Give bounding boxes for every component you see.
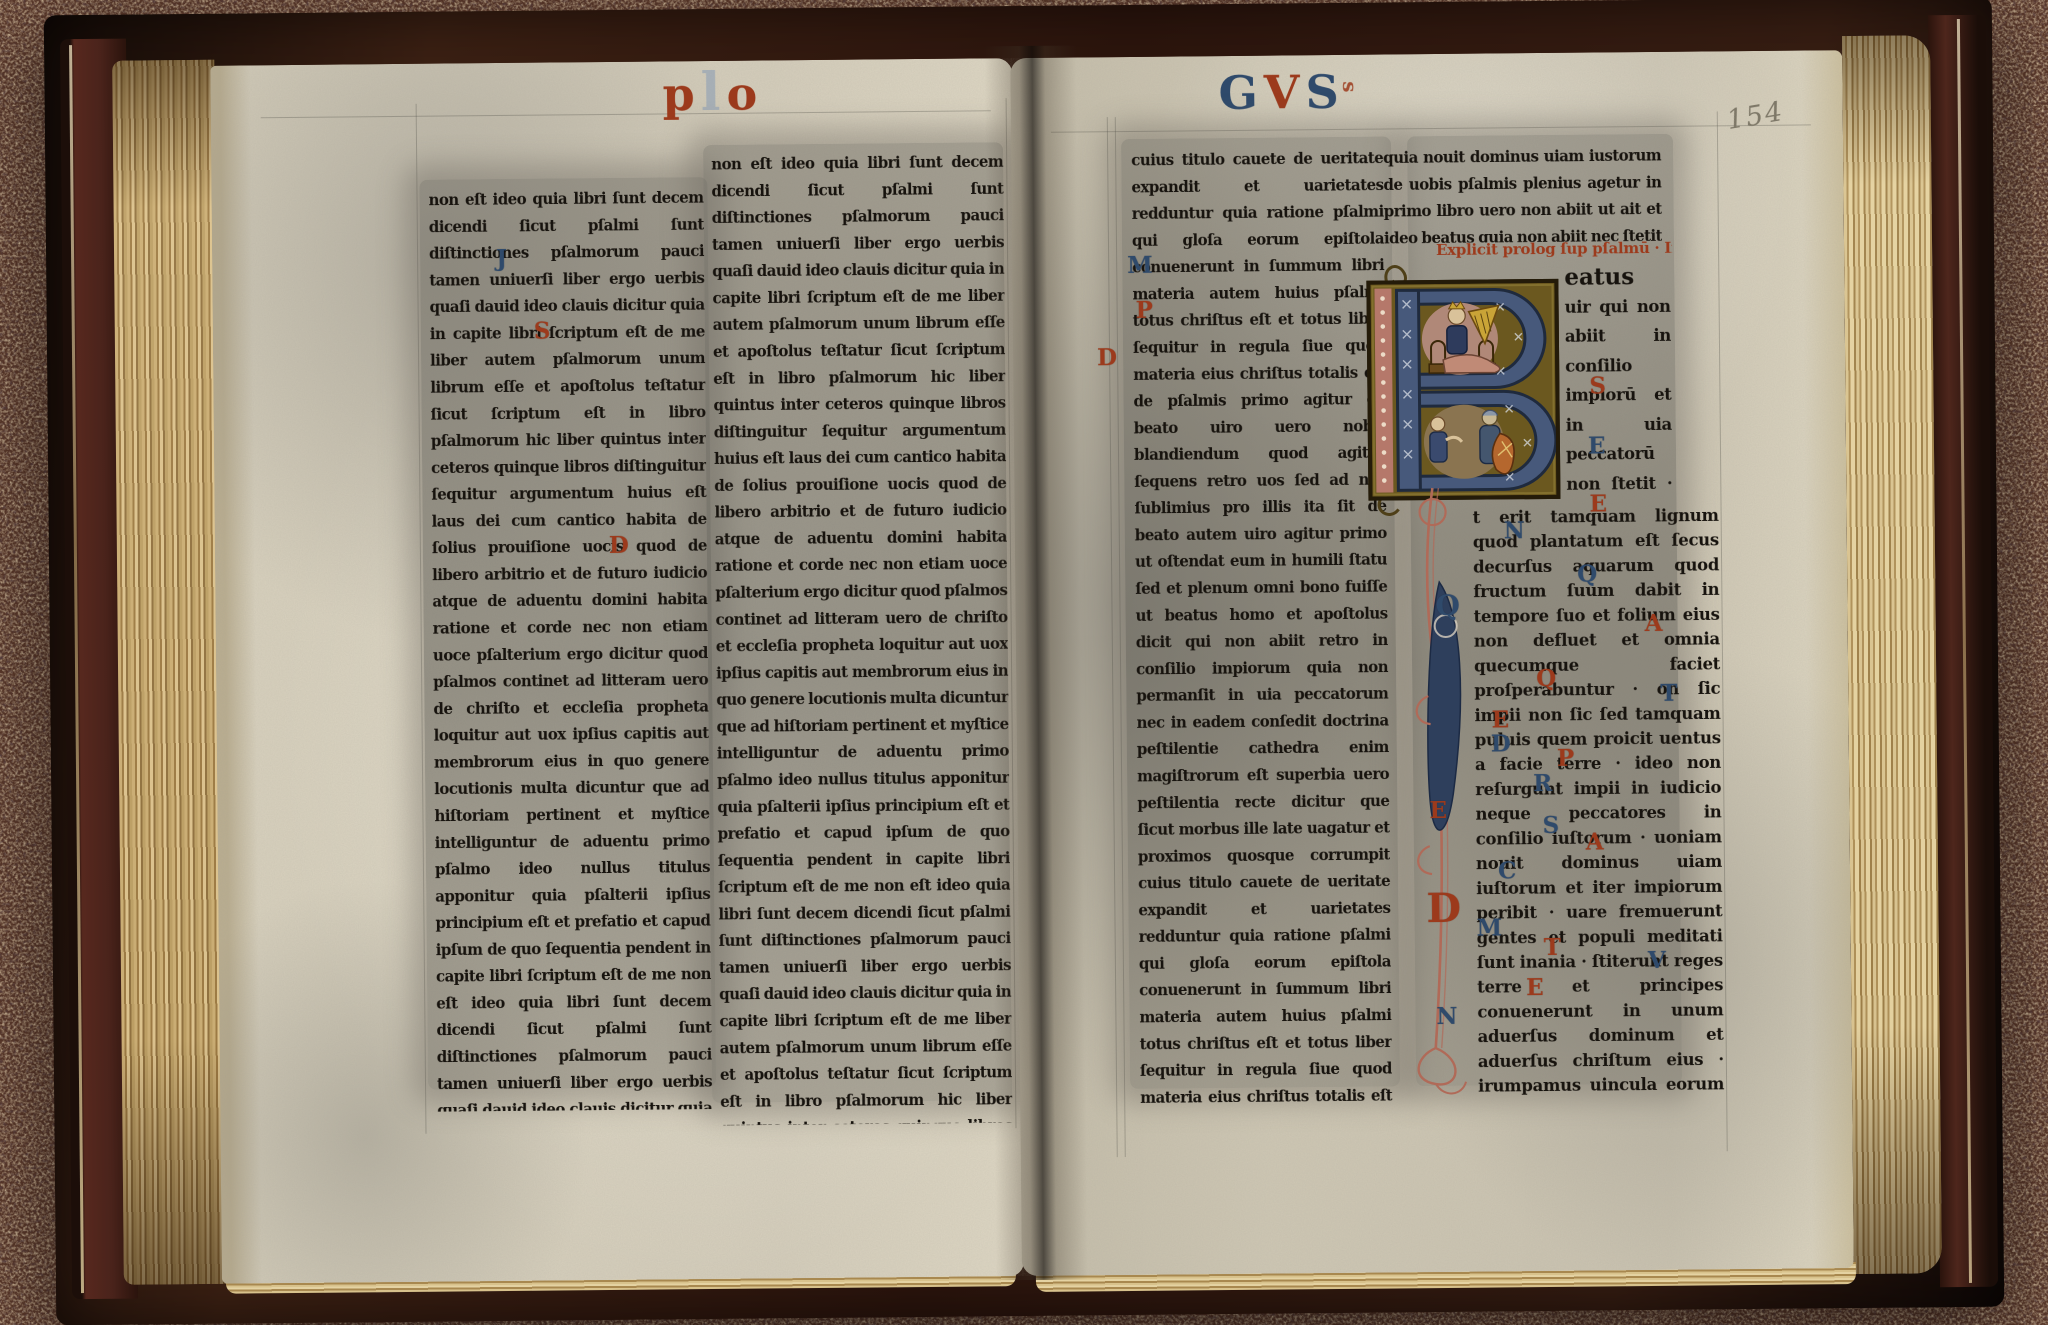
- rubric-explicit-incipit: Explicit prolog ſup pſalmū · Incipit pſa…: [1436, 239, 1672, 259]
- ruling-line: [416, 104, 427, 1134]
- pen-flourish: [1386, 486, 1484, 1115]
- left-page-edges: [112, 60, 226, 1285]
- open-book: plo non eſt ideo quia libri ſunt decem d…: [44, 0, 2004, 1325]
- tunic: [1447, 326, 1467, 354]
- left-page: plo non eſt ideo quia libri ſunt decem d…: [210, 58, 1024, 1284]
- right-page-edges: [1842, 35, 1942, 1274]
- right-page-column-1: cuius titulo cauete de ueritate expandit…: [1131, 145, 1392, 1116]
- running-title-right: GVSs: [1218, 69, 1356, 116]
- running-title-letter: s: [1340, 81, 1360, 92]
- historiated-initial-B: [1364, 263, 1562, 505]
- running-title-letter: S: [1305, 69, 1339, 115]
- incipit-block: eatus uir qui non abiit in conſilio impi…: [1364, 262, 1672, 505]
- running-title-letter: V: [1264, 69, 1300, 115]
- ruling-line: [261, 110, 991, 118]
- kite-shield: [1492, 433, 1514, 474]
- folio-number: 154: [1725, 96, 1787, 136]
- running-title-letter: G: [1218, 70, 1258, 116]
- ruling-line: [1051, 124, 1811, 132]
- terminal-curl: [1418, 1048, 1455, 1085]
- right-page-column-2-top: quia nouit dominus uiam iustorum de uobi…: [1383, 142, 1662, 244]
- head: [1448, 307, 1465, 324]
- red-dot-strip: [1374, 288, 1393, 492]
- running-title-letter: l: [700, 67, 720, 119]
- manuscript-photo: plo non eſt ideo quia libri ſunt decem d…: [0, 0, 2048, 1325]
- ruling-line: [1115, 117, 1126, 1157]
- left-page-column-2: non eſt ideo quia libri ſunt decem dicen…: [711, 148, 1012, 1125]
- running-title-letter: o: [726, 71, 757, 117]
- right-page-column-2-psalms: t erit tamquam lignum quod plantatum eſt…: [1473, 503, 1725, 1103]
- running-title-letter: p: [662, 71, 695, 117]
- blue-swash: [1426, 582, 1461, 830]
- left-page-column-1: non eſt ideo quia libri ſunt decem dicen…: [428, 184, 712, 1112]
- right-page: GVSs 154 cuius titulo cauete de ueritate…: [1010, 50, 1854, 1276]
- running-title-left: plo: [662, 71, 757, 120]
- psalm1-incipit: eatus uir qui non abiit in conſilio impi…: [1564, 262, 1672, 503]
